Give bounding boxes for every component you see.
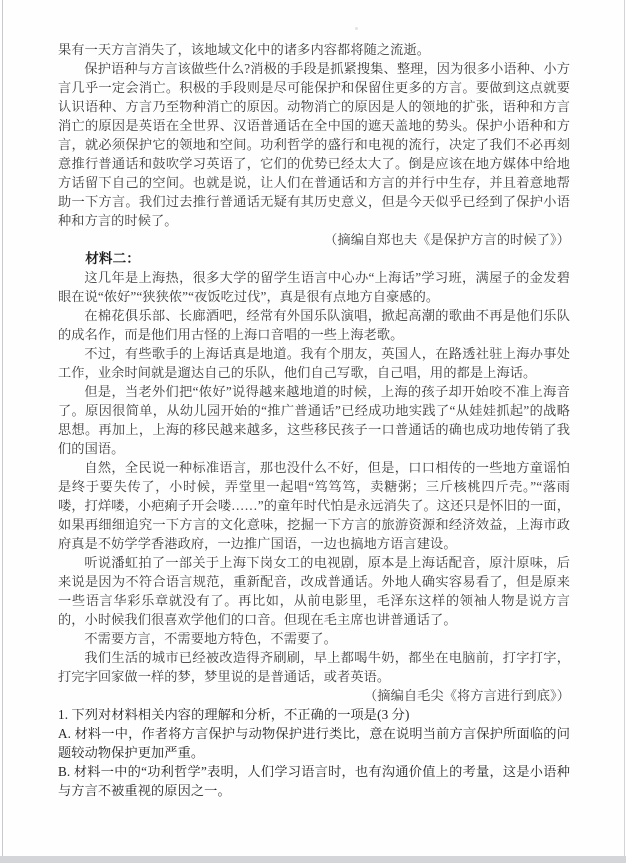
question-1-option-b: B. 材料一中的“功利哲学”表明，人们学习语言时，也有沟通价值上的考量，这是小语…	[58, 762, 570, 800]
text-column: 果有一天方言消失了，该地域文化中的诸多内容都将随之流逝。 保护语种与方言该做些什…	[58, 40, 570, 800]
material2-paragraph: 自然，全民说一种标准语言，那也没什么不好，但是，口口相传的一些地方童谣怕是终于要…	[58, 458, 570, 553]
question-1-option-a: A. 材料一中，作者将方言保护与动物保护进行类比，意在说明当前方言保护所面临的问…	[58, 724, 570, 762]
page-bottom-edge	[0, 856, 626, 863]
material2-heading: 材料二：	[58, 249, 570, 268]
scan-smudge	[355, 27, 358, 30]
material2-paragraph: 不需要方言，不需要地方特色，不需要了。	[58, 629, 570, 648]
material2-paragraph: 不过，有些歌手的上海话真是地道。我有个朋友，英国人，在路透社驻上海办事处工作，业…	[58, 344, 570, 382]
page-right-edge	[624, 0, 625, 863]
material1-continuation-line: 果有一天方言消失了，该地域文化中的诸多内容都将随之流逝。	[58, 40, 570, 59]
material2-paragraph: 在棉花俱乐部、长廊酒吧，经常有外国乐队演唱，掀起高潮的歌曲不再是他们乐队的成名作…	[58, 306, 570, 344]
page-left-edge	[2, 0, 3, 863]
material2-paragraph: 但是，当老外们把“侬好”说得越来越地道的时候，上海的孩子却开始咬不准上海音了。原…	[58, 382, 570, 458]
document-page: 果有一天方言消失了，该地域文化中的诸多内容都将随之流逝。 保护语种与方言该做些什…	[0, 0, 626, 863]
question-1-stem: 1. 下列对材料相关内容的理解和分析，不正确的一项是(3 分)	[58, 705, 570, 724]
material2-paragraph: 我们生活的城市已经被改造得齐刷刷，早上都喝牛奶，都坐在电脑前，打字打字，打完字回…	[58, 648, 570, 686]
material2-paragraph: 听说潘虹拍了一部关于上海下岗女工的电视剧，原本是上海话配音，原汁原味，后来说是因…	[58, 553, 570, 629]
material1-attribution: （摘编自郑也夫《是保护方言的时候了》）	[58, 230, 570, 249]
question-1: 1. 下列对材料相关内容的理解和分析，不正确的一项是(3 分) A. 材料一中，…	[58, 705, 570, 800]
material1-paragraph: 保护语种与方言该做些什么?消极的手段是抓紧搜集、整理，因为很多小语种、小方言几乎…	[58, 59, 570, 230]
material2-paragraph: 这几年是上海热，很多大学的留学生语言中心办“上海话”学习班，满屋子的金发碧眼在说…	[58, 268, 570, 306]
material2-attribution: （摘编自毛尖《将方言进行到底》）	[58, 686, 570, 705]
